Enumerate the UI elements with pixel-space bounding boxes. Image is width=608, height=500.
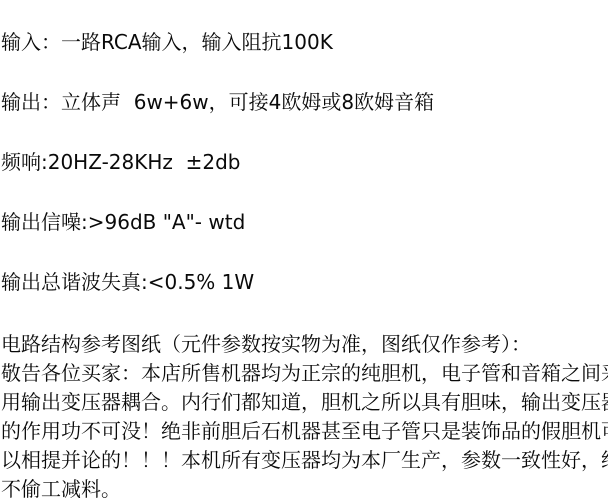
spec-line-frequency-response: 频响:20HZ-28KHz ±2db — [1, 150, 608, 174]
spec-line-output: 输出：立体声 6w+6w，可接4欧姆或8欧姆音箱 — [1, 90, 608, 114]
notice-block: 电路结构参考图纸（元件参数按实物为准，图纸仅作参考）： 敬告各位买家：本店所售机… — [1, 330, 608, 500]
notice-line: 用输出变压器耦合。内行们都知道，胆机之所以具有胆味，输出变压器 — [1, 388, 608, 417]
spec-line-total-harmonic-distortion: 输出总谐波失真:<0.5% 1W — [1, 270, 608, 294]
notice-line: 敬告各位买家：本店所售机器均为正宗的纯胆机，电子管和音箱之间采 — [1, 359, 608, 388]
notice-line: 的作用功不可没！绝非前胆后石机器甚至电子管只是装饰品的假胆机可 — [1, 417, 608, 446]
spec-line-signal-noise-ratio: 输出信噪:>96dB "A"- wtd — [1, 210, 608, 234]
notice-line: 不偷工减料。 — [1, 475, 608, 500]
spec-block: 输入：一路RCA输入，输入阻抗100K 输出：立体声 6w+6w，可接4欧姆或8… — [1, 30, 608, 294]
notice-line: 以相提并论的！！！本机所有变压器均为本厂生产，参数一致性好，绝 — [1, 446, 608, 475]
notice-heading: 电路结构参考图纸（元件参数按实物为准，图纸仅作参考）： — [1, 330, 608, 359]
product-description-page: 输入：一路RCA输入，输入阻抗100K 输出：立体声 6w+6w，可接4欧姆或8… — [0, 0, 608, 500]
spec-line-input: 输入：一路RCA输入，输入阻抗100K — [1, 30, 608, 54]
